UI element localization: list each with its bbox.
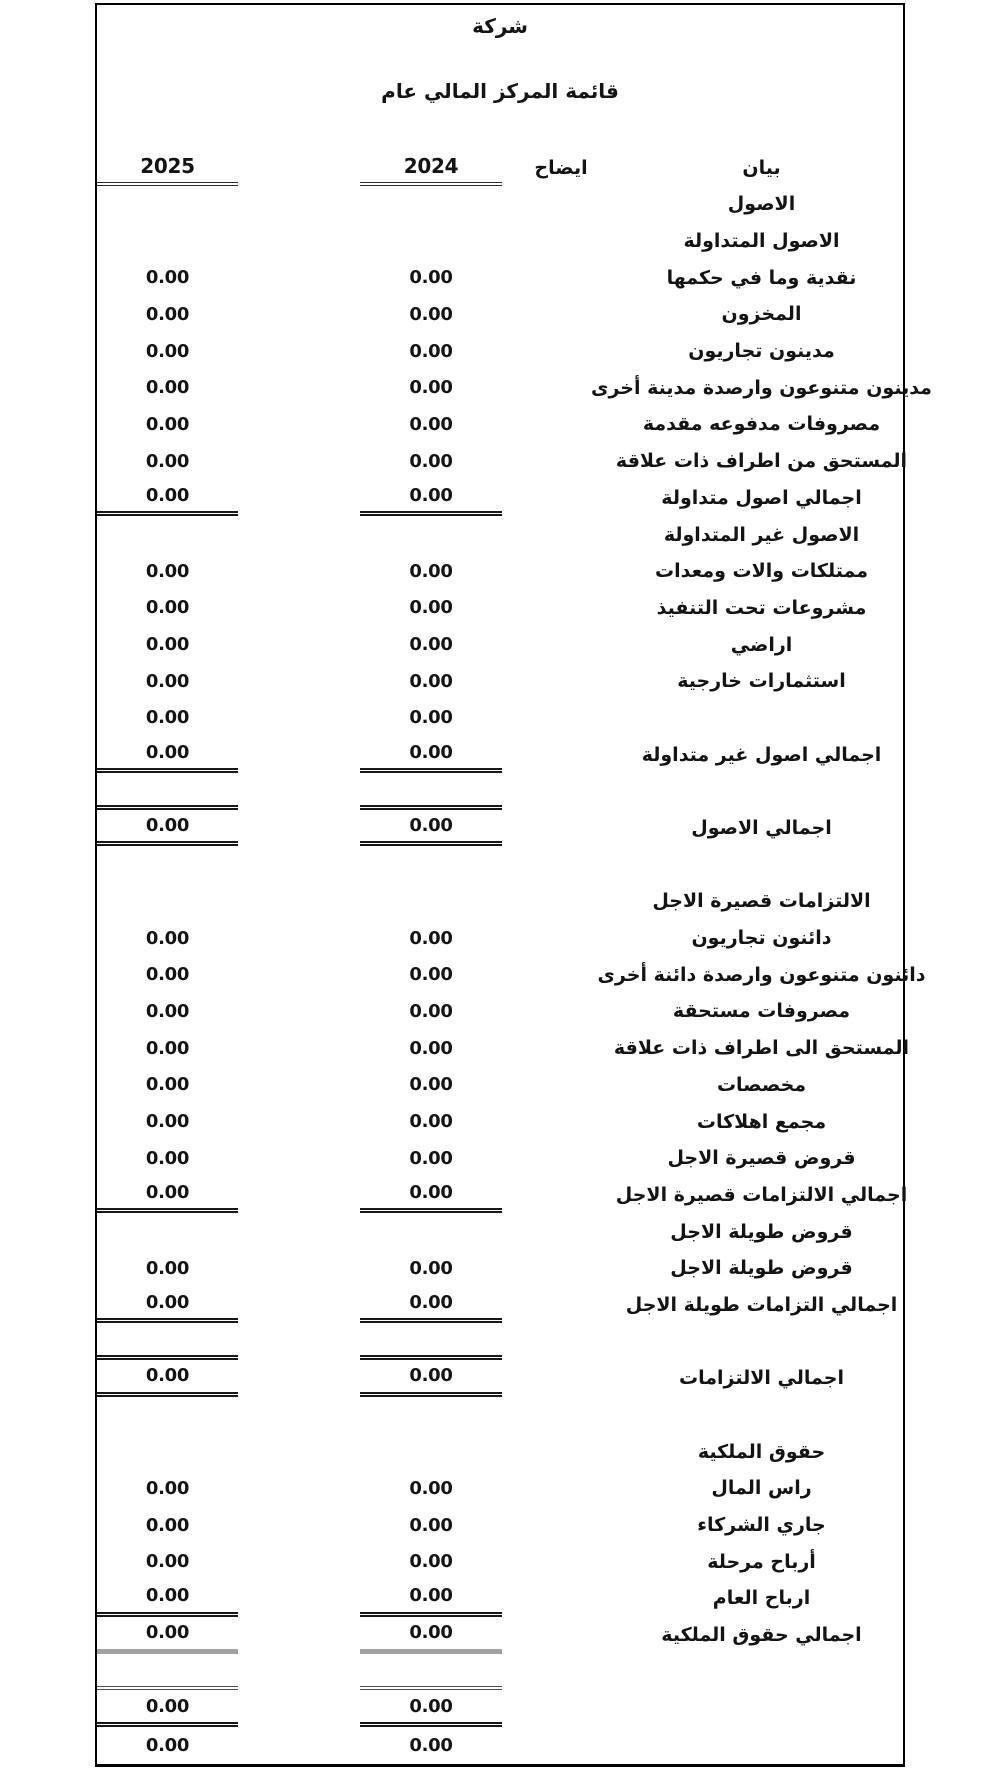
statement-title: قائمة المركز المالي عام [97, 73, 903, 109]
value-2024-cell: 0.00 [360, 1140, 502, 1177]
company-title: شركة [97, 5, 903, 47]
value-2024-cell: 0.00 [360, 810, 502, 847]
column-header-2025: 2025 [97, 149, 238, 186]
value-2024-cell: 0.00 [360, 736, 502, 773]
label-cell: المستحق الى اطراف ذات علاقة [620, 1030, 903, 1067]
value-2024-cell [360, 1433, 502, 1470]
label-cell [620, 773, 903, 810]
label-cell: نقدية وما في حكمها [620, 259, 903, 296]
label-cell: قروض طويلة الاجل [620, 1213, 903, 1250]
value-2025-cell: 0.00 [97, 663, 238, 700]
label-cell: اجمالي اصول متداولة [620, 480, 903, 517]
row-total-noncurrent-assets: 0.000.00اجمالي اصول غير متداولة [97, 736, 903, 773]
label-cell: المستحق من اطراف ذات علاقة [620, 443, 903, 480]
value-2025-cell: 0.00 [97, 480, 238, 517]
value-2025-cell [97, 773, 238, 810]
row-retained-earnings: 0.000.00أرباح مرحلة [97, 1543, 903, 1580]
value-2024-cell: 0.00 [360, 333, 502, 370]
value-2024-cell: 0.00 [360, 1617, 502, 1654]
row-accumulated-depreciation: 0.000.00مجمع اهلاكات [97, 1103, 903, 1140]
value-2025-cell: 0.00 [97, 1617, 238, 1654]
value-2024-cell: 0.00 [360, 406, 502, 443]
value-2025-cell: 0.00 [97, 259, 238, 296]
value-2024-cell: 0.00 [360, 553, 502, 590]
label-cell: الاصول المتداولة [620, 223, 903, 260]
value-2024-cell: 0.00 [360, 1470, 502, 1507]
value-2024-cell: 0.00 [360, 259, 502, 296]
value-2025-cell: 0.00 [97, 406, 238, 443]
label-cell: قروض طويلة الاجل [620, 1250, 903, 1287]
label-cell: حقوق الملكية [620, 1433, 903, 1470]
row-due-from-related-parties: 0.000.00المستحق من اطراف ذات علاقة [97, 443, 903, 480]
row-section-equity: حقوق الملكية [97, 1433, 903, 1470]
balance-sheet-document: شركة قائمة المركز المالي عام 2025 2024 ا… [95, 3, 905, 1767]
value-2025-cell: 0.00 [97, 1140, 238, 1177]
row-long-term-loans: 0.000.00قروض طويلة الاجل [97, 1250, 903, 1287]
value-2025-cell: 0.00 [97, 700, 238, 737]
row-provisions: 0.000.00مخصصات [97, 1067, 903, 1104]
row-section-long-term-loans: قروض طويلة الاجل [97, 1213, 903, 1250]
value-2024-cell: 0.00 [360, 1177, 502, 1214]
row-due-to-related-parties: 0.000.00المستحق الى اطراف ذات علاقة [97, 1030, 903, 1067]
label-cell: اجمالي حقوق الملكية [620, 1617, 903, 1654]
label-cell: ممتلكات والات ومعدات [620, 553, 903, 590]
value-2025-cell: 0.00 [97, 443, 238, 480]
row-total-liabilities: 0.000.00اجمالي الالتزامات [97, 1360, 903, 1397]
value-2025-cell [97, 846, 238, 883]
row-trade-creditors: 0.000.00دائنون تجاريون [97, 920, 903, 957]
row-accrued-expenses: 0.000.00مصروفات مستحقة [97, 993, 903, 1030]
value-2025-cell: 0.00 [97, 1067, 238, 1104]
value-2025-cell: 0.00 [97, 369, 238, 406]
value-2024-cell [360, 516, 502, 553]
row-total-long-term-liabilities: 0.000.00اجمالي التزامات طويلة الاجل [97, 1287, 903, 1324]
label-cell [620, 1690, 903, 1727]
row-spacer [97, 1397, 903, 1434]
label-cell: مخصصات [620, 1067, 903, 1104]
row-total-equity: 0.000.00اجمالي حقوق الملكية [97, 1617, 903, 1654]
value-2024-cell [360, 883, 502, 920]
row-section-noncurrent-assets: الاصول غير المتداولة [97, 516, 903, 553]
label-cell [620, 1397, 903, 1434]
row-total-current-assets: 0.000.00اجمالي اصول متداولة [97, 480, 903, 517]
value-2025-cell: 0.00 [97, 1690, 238, 1727]
label-cell: قروض قصيرة الاجل [620, 1140, 903, 1177]
value-2025-cell: 0.00 [97, 296, 238, 333]
value-2025-cell: 0.00 [97, 1727, 238, 1764]
value-2024-cell: 0.00 [360, 1727, 502, 1764]
value-2024-cell: 0.00 [360, 626, 502, 663]
value-2024-cell [360, 1323, 502, 1360]
value-2024-cell: 0.00 [360, 956, 502, 993]
value-2025-cell: 0.00 [97, 956, 238, 993]
value-2025-cell: 0.00 [97, 1543, 238, 1580]
value-2024-cell [360, 1397, 502, 1434]
row-other-debtors: 0.000.00مدينون متنوعون وارصدة مدينة أخرى [97, 369, 903, 406]
value-2024-cell: 0.00 [360, 1030, 502, 1067]
label-cell: أرباح مرحلة [620, 1543, 903, 1580]
column-header-2024: 2024 [360, 149, 502, 186]
row-section-assets: الاصول [97, 186, 903, 223]
value-2025-cell: 0.00 [97, 1360, 238, 1397]
label-cell: اراضي [620, 626, 903, 663]
value-2025-cell [97, 223, 238, 260]
value-2024-cell: 0.00 [360, 296, 502, 333]
row-section-short-term-liabilities: الالتزامات قصيرة الاجل [97, 883, 903, 920]
value-2024-cell: 0.00 [360, 480, 502, 517]
row-trade-debtors: 0.000.00مدينون تجاريون [97, 333, 903, 370]
value-2025-cell [97, 1213, 238, 1250]
spacer [97, 109, 903, 149]
value-2025-cell [97, 1323, 238, 1360]
row-external-investments: 0.000.00استثمارات خارجية [97, 663, 903, 700]
value-2024-cell: 0.00 [360, 1580, 502, 1617]
value-2024-cell [360, 773, 502, 810]
row-empty [97, 1654, 903, 1691]
label-cell [620, 1323, 903, 1360]
row-short-term-loans: 0.000.00قروض قصيرة الاجل [97, 1140, 903, 1177]
label-cell: مجمع اهلاكات [620, 1103, 903, 1140]
value-2024-cell: 0.00 [360, 590, 502, 627]
label-cell: اجمالي التزامات طويلة الاجل [620, 1287, 903, 1324]
label-cell: الاصول [620, 186, 903, 223]
value-2024-cell [360, 223, 502, 260]
row-grand-total-1: 0.000.00 [97, 1690, 903, 1727]
value-2025-cell [97, 516, 238, 553]
row-capital: 0.000.00راس المال [97, 1470, 903, 1507]
label-cell: الالتزامات قصيرة الاجل [620, 883, 903, 920]
value-2024-cell: 0.00 [360, 700, 502, 737]
label-cell: مصروفات مستحقة [620, 993, 903, 1030]
value-2025-cell: 0.00 [97, 736, 238, 773]
column-header-note: ايضاح [502, 149, 620, 186]
value-2025-cell: 0.00 [97, 1103, 238, 1140]
row-other-creditors: 0.000.00دائنون متنوعون وارصدة دائنة أخرى [97, 956, 903, 993]
label-cell: استثمارات خارجية [620, 663, 903, 700]
row-grand-total-2: 0.000.00 [97, 1727, 903, 1764]
value-2025-cell: 0.00 [97, 1030, 238, 1067]
label-cell [620, 1727, 903, 1764]
row-lands: 0.000.00اراضي [97, 626, 903, 663]
label-cell: جاري الشركاء [620, 1507, 903, 1544]
value-2025-cell: 0.00 [97, 920, 238, 957]
row-prepaid-expenses: 0.000.00مصروفات مدفوعه مقدمة [97, 406, 903, 443]
row-projects-in-progress: 0.000.00مشروعات تحت التنفيذ [97, 590, 903, 627]
value-2025-cell: 0.00 [97, 810, 238, 847]
value-2024-cell: 0.00 [360, 443, 502, 480]
label-cell: اجمالي الالتزامات قصيرة الاجل [620, 1177, 903, 1214]
row-cash: 0.000.00نقدية وما في حكمها [97, 259, 903, 296]
label-cell: دائنون متنوعون وارصدة دائنة أخرى [620, 956, 903, 993]
value-2024-cell: 0.00 [360, 1250, 502, 1287]
row-total-short-term-liabilities: 0.000.00اجمالي الالتزامات قصيرة الاجل [97, 1177, 903, 1214]
label-cell: ارباح العام [620, 1580, 903, 1617]
value-2025-cell: 0.00 [97, 1250, 238, 1287]
value-2025-cell [97, 186, 238, 223]
value-2025-cell: 0.00 [97, 553, 238, 590]
value-2024-cell: 0.00 [360, 993, 502, 1030]
value-2025-cell [97, 1433, 238, 1470]
value-2024-cell: 0.00 [360, 1360, 502, 1397]
spacer [97, 47, 903, 73]
value-2024-cell [360, 1654, 502, 1691]
value-2025-cell: 0.00 [97, 626, 238, 663]
value-2024-cell: 0.00 [360, 1543, 502, 1580]
row-section-current-assets: الاصول المتداولة [97, 223, 903, 260]
column-header-row: 2025 2024 ايضاح بيان [97, 149, 903, 186]
value-2024-cell: 0.00 [360, 920, 502, 957]
value-2025-cell: 0.00 [97, 1287, 238, 1324]
label-cell: الاصول غير المتداولة [620, 516, 903, 553]
label-cell: دائنون تجاريون [620, 920, 903, 957]
value-2024-cell [360, 186, 502, 223]
value-2024-cell: 0.00 [360, 369, 502, 406]
value-2025-cell [97, 1654, 238, 1691]
row-total-assets: 0.000.00اجمالي الاصول [97, 810, 903, 847]
value-2025-cell: 0.00 [97, 1580, 238, 1617]
row-inventory: 0.000.00المخزون [97, 296, 903, 333]
value-2024-cell: 0.00 [360, 1287, 502, 1324]
label-cell: اجمالي الاصول [620, 810, 903, 847]
row-empty [97, 1323, 903, 1360]
label-cell: المخزون [620, 296, 903, 333]
row-year-profits: 0.000.00ارباح العام [97, 1580, 903, 1617]
value-2024-cell: 0.00 [360, 1507, 502, 1544]
value-2024-cell [360, 846, 502, 883]
label-cell: راس المال [620, 1470, 903, 1507]
value-2025-cell: 0.00 [97, 1507, 238, 1544]
label-cell [620, 846, 903, 883]
label-cell: مدينون متنوعون وارصدة مدينة أخرى [620, 369, 903, 406]
label-cell: مشروعات تحت التنفيذ [620, 590, 903, 627]
value-2024-cell [360, 1213, 502, 1250]
label-cell: مدينون تجاريون [620, 333, 903, 370]
label-cell: اجمالي الالتزامات [620, 1360, 903, 1397]
value-2025-cell: 0.00 [97, 333, 238, 370]
column-header-description: بيان [620, 149, 903, 186]
value-2024-cell: 0.00 [360, 1103, 502, 1140]
label-cell [620, 700, 903, 737]
value-2025-cell: 0.00 [97, 1177, 238, 1214]
value-2025-cell [97, 1397, 238, 1434]
value-2024-cell: 0.00 [360, 1067, 502, 1104]
label-cell [620, 1654, 903, 1691]
value-2025-cell [97, 883, 238, 920]
row-spacer [97, 846, 903, 883]
value-2024-cell: 0.00 [360, 663, 502, 700]
label-cell: اجمالي اصول غير متداولة [620, 736, 903, 773]
label-cell: مصروفات مدفوعه مقدمة [620, 406, 903, 443]
row-empty [97, 773, 903, 810]
value-2025-cell: 0.00 [97, 993, 238, 1030]
value-2025-cell: 0.00 [97, 590, 238, 627]
row-unlabeled-noncurrent: 0.000.00 [97, 700, 903, 737]
value-2024-cell: 0.00 [360, 1690, 502, 1727]
row-partners-current-account: 0.000.00جاري الشركاء [97, 1507, 903, 1544]
value-2025-cell: 0.00 [97, 1470, 238, 1507]
row-property-equipment: 0.000.00ممتلكات والات ومعدات [97, 553, 903, 590]
